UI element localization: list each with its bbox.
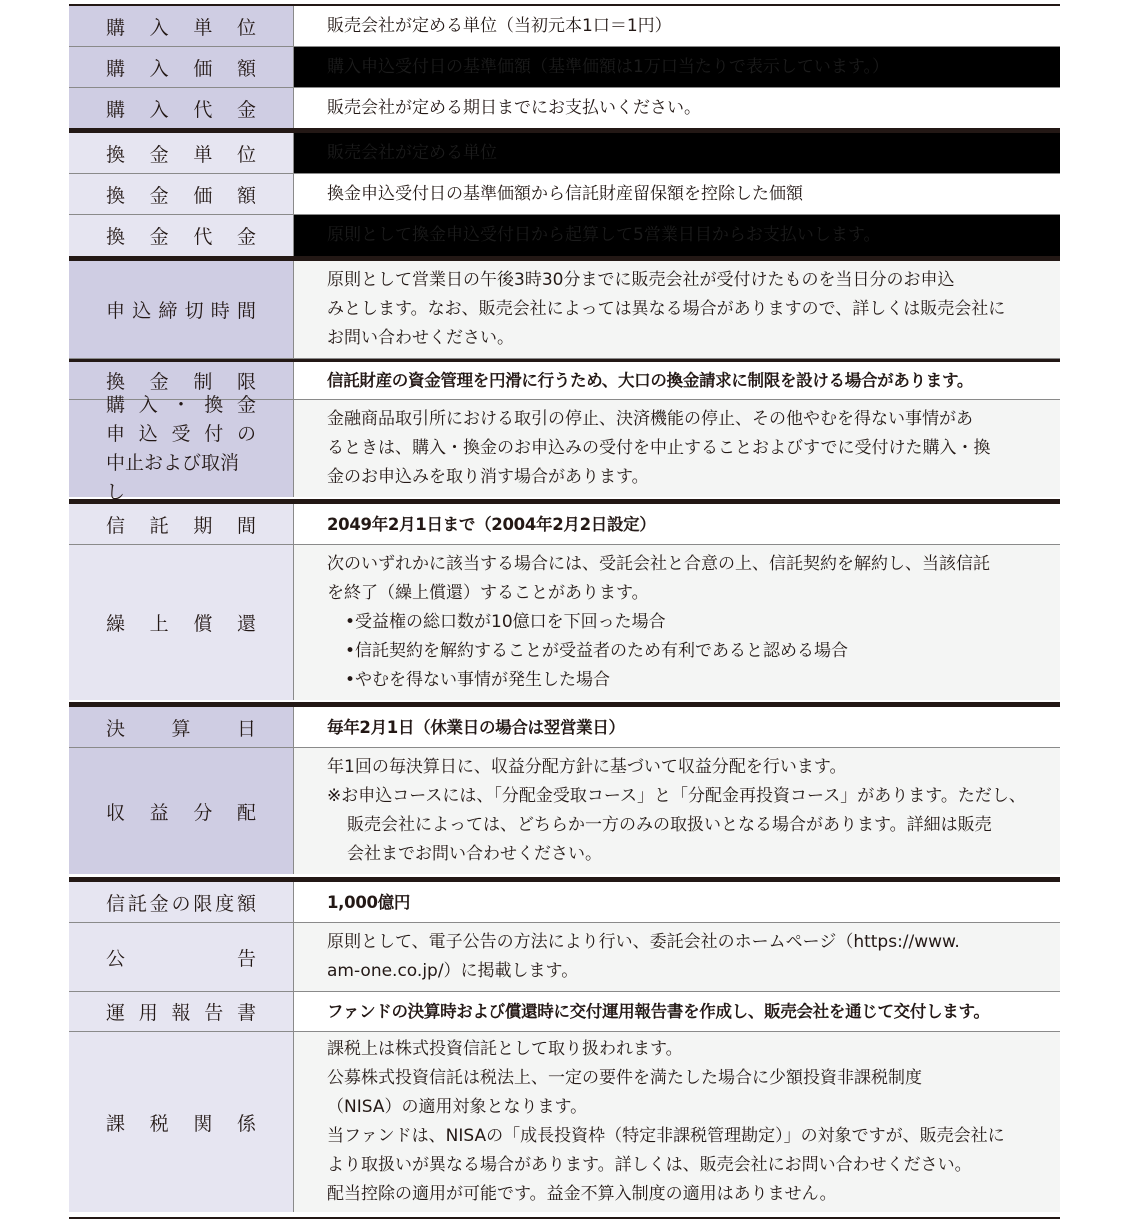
row-value: 信託財産の資金管理を円滑に行うため、大口の換金請求に制限を設ける場合があります。 bbox=[294, 362, 1060, 399]
row-value: 販売会社が定める単位（当初元本1口＝1円） bbox=[294, 6, 1060, 46]
table-row-redemption-unit: 換金単位 販売会社が定める単位 bbox=[69, 133, 1060, 174]
table-row-cutoff-time: 申込締切時間 原則として営業日の午後3時30分までに販売会社が受付けたものを当日… bbox=[69, 261, 1060, 359]
row-label: 購入単位 bbox=[69, 6, 294, 46]
row-value-redacted: 原則として換金申込受付日から起算して5営業日目からお支払いします。 bbox=[294, 215, 1060, 256]
row-value: 年1回の毎決算日に、収益分配方針に基づいて収益分配を行います。 ※お申込コースに… bbox=[294, 748, 1060, 874]
row-label: 購入・換金 申込受付の 中止および取消し bbox=[69, 400, 294, 497]
table-row-redemption-payment: 換金代金 原則として換金申込受付日から起算して5営業日目からお支払いします。 bbox=[69, 215, 1060, 256]
row-value: 販売会社が定める期日までにお支払いください。 bbox=[294, 88, 1060, 128]
row-value: 次のいずれかに該当する場合には、受託会社と合意の上、信託契約を解約し、当該信託 … bbox=[294, 545, 1060, 700]
group-misc: 信託金の限度額 1,000億円 公告 原則として、電子公告の方法により行い、委託… bbox=[69, 877, 1060, 1212]
row-label: 繰上償還 bbox=[69, 545, 294, 700]
row-value: 換金申込受付日の基準価額から信託財産留保額を控除した価額 bbox=[294, 174, 1060, 214]
row-label: 換金代金 bbox=[69, 215, 294, 256]
bullet-item: •受益権の総口数が10億口を下回った場合 bbox=[327, 608, 1060, 637]
row-label: 課税関係 bbox=[69, 1032, 294, 1212]
row-value: 原則として営業日の午後3時30分までに販売会社が受付けたものを当日分のお申込 み… bbox=[294, 261, 1060, 358]
bullet-item: •信託契約を解約することが受益者のため有利であると認める場合 bbox=[327, 637, 1060, 666]
table-bottom-rule bbox=[69, 1217, 1060, 1219]
row-value: 原則として、電子公告の方法により行い、委託会社のホームページ（https://w… bbox=[294, 923, 1060, 991]
row-value: 金融商品取引所における取引の停止、決済機能の停止、その他やむを得ない事情があ る… bbox=[294, 400, 1060, 497]
row-label: 公告 bbox=[69, 923, 294, 991]
table-row-operation-report: 運用報告書 ファンドの決算時および償還時に交付運用報告書を作成し、販売会社を通じ… bbox=[69, 992, 1060, 1032]
row-label: 換金価額 bbox=[69, 174, 294, 214]
fund-terms-table: 購入単位 販売会社が定める単位（当初元本1口＝1円） 購入価額 購入申込受付日の… bbox=[69, 4, 1060, 1212]
table-row-early-redemption: 繰上償還 次のいずれかに該当する場合には、受託会社と合意の上、信託契約を解約し、… bbox=[69, 545, 1060, 700]
row-label: 購入価額 bbox=[69, 47, 294, 87]
row-value-redacted: 購入申込受付日の基準価額（基準価額は1万口当たりで表示しています。） bbox=[294, 47, 1060, 87]
group-settlement: 決算日 毎年2月1日（休業日の場合は翌営業日） 収益分配 年1回の毎決算日に、収… bbox=[69, 702, 1060, 874]
table-row-purchase-unit: 購入単位 販売会社が定める単位（当初元本1口＝1円） bbox=[69, 6, 1060, 47]
row-value: 2049年2月1日まで（2004年2月2日設定） bbox=[294, 504, 1060, 544]
table-row-suspension-cancellation: 購入・換金 申込受付の 中止および取消し 金融商品取引所における取引の停止、決済… bbox=[69, 400, 1060, 497]
group-application: 申込締切時間 原則として営業日の午後3時30分までに販売会社が受付けたものを当日… bbox=[69, 256, 1060, 497]
row-label: 収益分配 bbox=[69, 748, 294, 874]
table-row-purchase-price: 購入価額 購入申込受付日の基準価額（基準価額は1万口当たりで表示しています。） bbox=[69, 47, 1060, 88]
row-label: 申込締切時間 bbox=[69, 261, 294, 358]
row-value: 毎年2月1日（休業日の場合は翌営業日） bbox=[294, 707, 1060, 747]
row-label: 運用報告書 bbox=[69, 992, 294, 1031]
row-label: 信託期間 bbox=[69, 504, 294, 544]
group-trust-period: 信託期間 2049年2月1日まで（2004年2月2日設定） 繰上償還 次のいずれ… bbox=[69, 499, 1060, 700]
row-value-redacted: 販売会社が定める単位 bbox=[294, 133, 1060, 173]
table-row-taxation: 課税関係 課税上は株式投資信託として取り扱われます。 公募株式投資信託は税法上、… bbox=[69, 1032, 1060, 1212]
table-row-redemption-price: 換金価額 換金申込受付日の基準価額から信託財産留保額を控除した価額 bbox=[69, 174, 1060, 215]
bullet-item: •やむを得ない事情が発生した場合 bbox=[327, 666, 1060, 695]
table-row-settlement-date: 決算日 毎年2月1日（休業日の場合は翌営業日） bbox=[69, 707, 1060, 748]
table-row-public-notice: 公告 原則として、電子公告の方法により行い、委託会社のホームページ（https:… bbox=[69, 923, 1060, 992]
group-redemption: 換金単位 販売会社が定める単位 換金価額 換金申込受付日の基準価額から信託財産留… bbox=[69, 128, 1060, 256]
row-value: ファンドの決算時および償還時に交付運用報告書を作成し、販売会社を通じて交付します… bbox=[294, 992, 1060, 1031]
row-label: 決算日 bbox=[69, 707, 294, 747]
row-value: 1,000億円 bbox=[294, 882, 1060, 922]
table-row-trust-limit: 信託金の限度額 1,000億円 bbox=[69, 882, 1060, 923]
row-label: 換金単位 bbox=[69, 133, 294, 173]
group-purchase: 購入単位 販売会社が定める単位（当初元本1口＝1円） 購入価額 購入申込受付日の… bbox=[69, 4, 1060, 128]
table-row-trust-period: 信託期間 2049年2月1日まで（2004年2月2日設定） bbox=[69, 504, 1060, 545]
row-label: 購入代金 bbox=[69, 88, 294, 128]
row-label: 信託金の限度額 bbox=[69, 882, 294, 922]
table-row-distribution: 収益分配 年1回の毎決算日に、収益分配方針に基づいて収益分配を行います。 ※お申… bbox=[69, 748, 1060, 874]
row-value: 課税上は株式投資信託として取り扱われます。 公募株式投資信託は税法上、一定の要件… bbox=[294, 1032, 1060, 1212]
table-row-purchase-payment: 購入代金 販売会社が定める期日までにお支払いください。 bbox=[69, 88, 1060, 128]
